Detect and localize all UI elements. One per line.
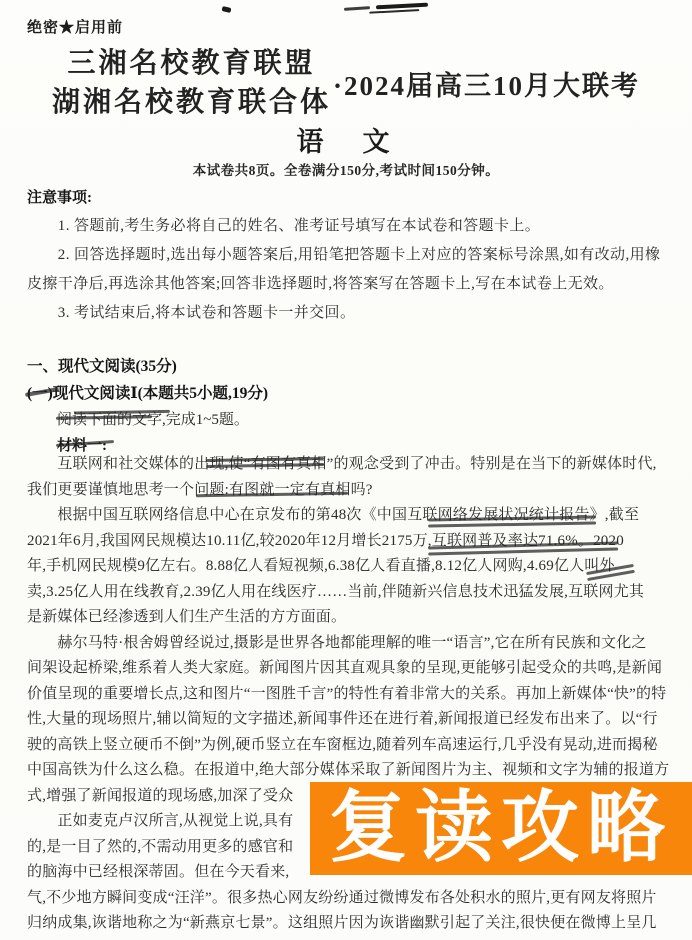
note-line: 皮擦干净后,再选涂其他答案;回答非选择题时,将答案写在答题卡上,写在本试卷上无效…	[27, 272, 682, 293]
text-line: 归纳成集,诙谐地称之为“新燕京七景”。这组照片因为诙谐幽默引起了关注,很快便在微…	[27, 911, 682, 937]
text-line: 价值呈现的重要增长点,这和图片“一图胜千言”的特性有着非常大的关系。再加上新媒体…	[27, 682, 682, 708]
organizer-line1: 三湘名校教育联盟	[52, 44, 331, 83]
text-line: 间架设起桥梁,维系着人类大家庭。新闻图片因其直观具象的呈现,更能够引起受众的共鸣…	[27, 656, 682, 682]
notes-heading: 注意事项:	[27, 186, 92, 207]
exam-info-line: 本试卷共8页。全卷满分150分,考试时间150分钟。	[0, 159, 692, 179]
classification-label: 绝密★启用前	[27, 16, 123, 37]
promo-banner-overlay: 复读攻略	[310, 782, 692, 875]
session-text: 2024届高三10月大联考	[344, 71, 640, 101]
exam-paper-page: 绝密★启用前 三湘名校教育联盟 湖湘名校教育联合体 ·2024届高三10月大联考…	[0, 0, 692, 940]
text-line: 卖,3.25亿人用在线教育,2.39亿人用在线医疗……当前,伴随新兴信息技术迅猛…	[27, 580, 682, 606]
text-line: 年,手机网民规模9亿左右。8.88亿人看短视频,6.38亿人看直播,8.12亿人…	[27, 554, 682, 580]
section-title: 一、现代文阅读(35分)	[27, 354, 177, 376]
note-line: 3. 考试结束后,将本试卷和答题卡一并交回。	[27, 301, 682, 322]
text-line: 性,大量的现场照片,辅以简短的文字描述,新闻事件还在进行着,新闻报道已经发布出来…	[27, 707, 682, 733]
subject-title: 语 文	[0, 120, 692, 159]
exam-session: ·2024届高三10月大联考	[333, 64, 640, 103]
text-line: 根据中国互联网络信息中心在京发布的第48次《中国互联网络发展状况统计报告》,截至	[27, 503, 682, 529]
promo-banner-text: 复读攻略	[329, 788, 673, 866]
text-line: 是新媒体已经渗透到人们生产生活的方方面面。	[27, 605, 682, 631]
text-line: 2021年6月,我国网民规模达10.11亿,较2020年12月增长2175万,互…	[27, 529, 682, 555]
text-line: 我们更要谨慎地思考一个问题:有图就一定有真相吗?	[27, 478, 682, 504]
section-subtitle: (一)现代文阅读Ⅰ(本题共5小题,19分)	[27, 381, 268, 403]
text-line: 驶的高铁上竖立硬币不倒”为例,硬币竖立在车窗框边,随着列车高速运行,几乎没有晃动…	[27, 733, 682, 759]
text-line: 中国高铁为什么这么稳。在报道中,绝大部分媒体采取了新闻图片为主、视频和文字为辅的…	[27, 758, 682, 784]
scan-artifact	[344, 6, 370, 11]
note-line: 1. 答题前,考生务必将自己的姓名、准考证号填写在本试卷和答题卡上。	[27, 214, 682, 235]
scan-artifact	[376, 3, 428, 10]
scan-artifact	[222, 6, 232, 13]
organizer-names: 三湘名校教育联盟 湖湘名校教育联合体	[52, 44, 331, 122]
text-line: 互联网和社交媒体的出现,使“有图有真相”的观念受到了冲击。特别是在当下的新媒体时…	[27, 452, 682, 478]
separator-dot: ·	[333, 71, 344, 101]
text-line: 赫尔马特·根舍姆曾经说过,摄影是世界各地都能理解的唯一“语言”,它在所有民族和文…	[27, 631, 682, 657]
reading-instruction: 阅读下面的文字,完成1~5题。	[27, 408, 249, 429]
note-line: 2. 回答选择题时,选出每小题答案后,用铅笔把答题卡上对应的答案标号涂黑,如有改…	[27, 243, 682, 264]
text-line: 气,不少地方瞬间变成“汪洋”。很多热心网友纷纷通过微博发布各处积水的照片,更有网…	[27, 886, 682, 912]
organizer-line2: 湖湘名校教育联合体	[52, 83, 331, 122]
exam-header: 三湘名校教育联盟 湖湘名校教育联合体 ·2024届高三10月大联考	[0, 44, 692, 122]
